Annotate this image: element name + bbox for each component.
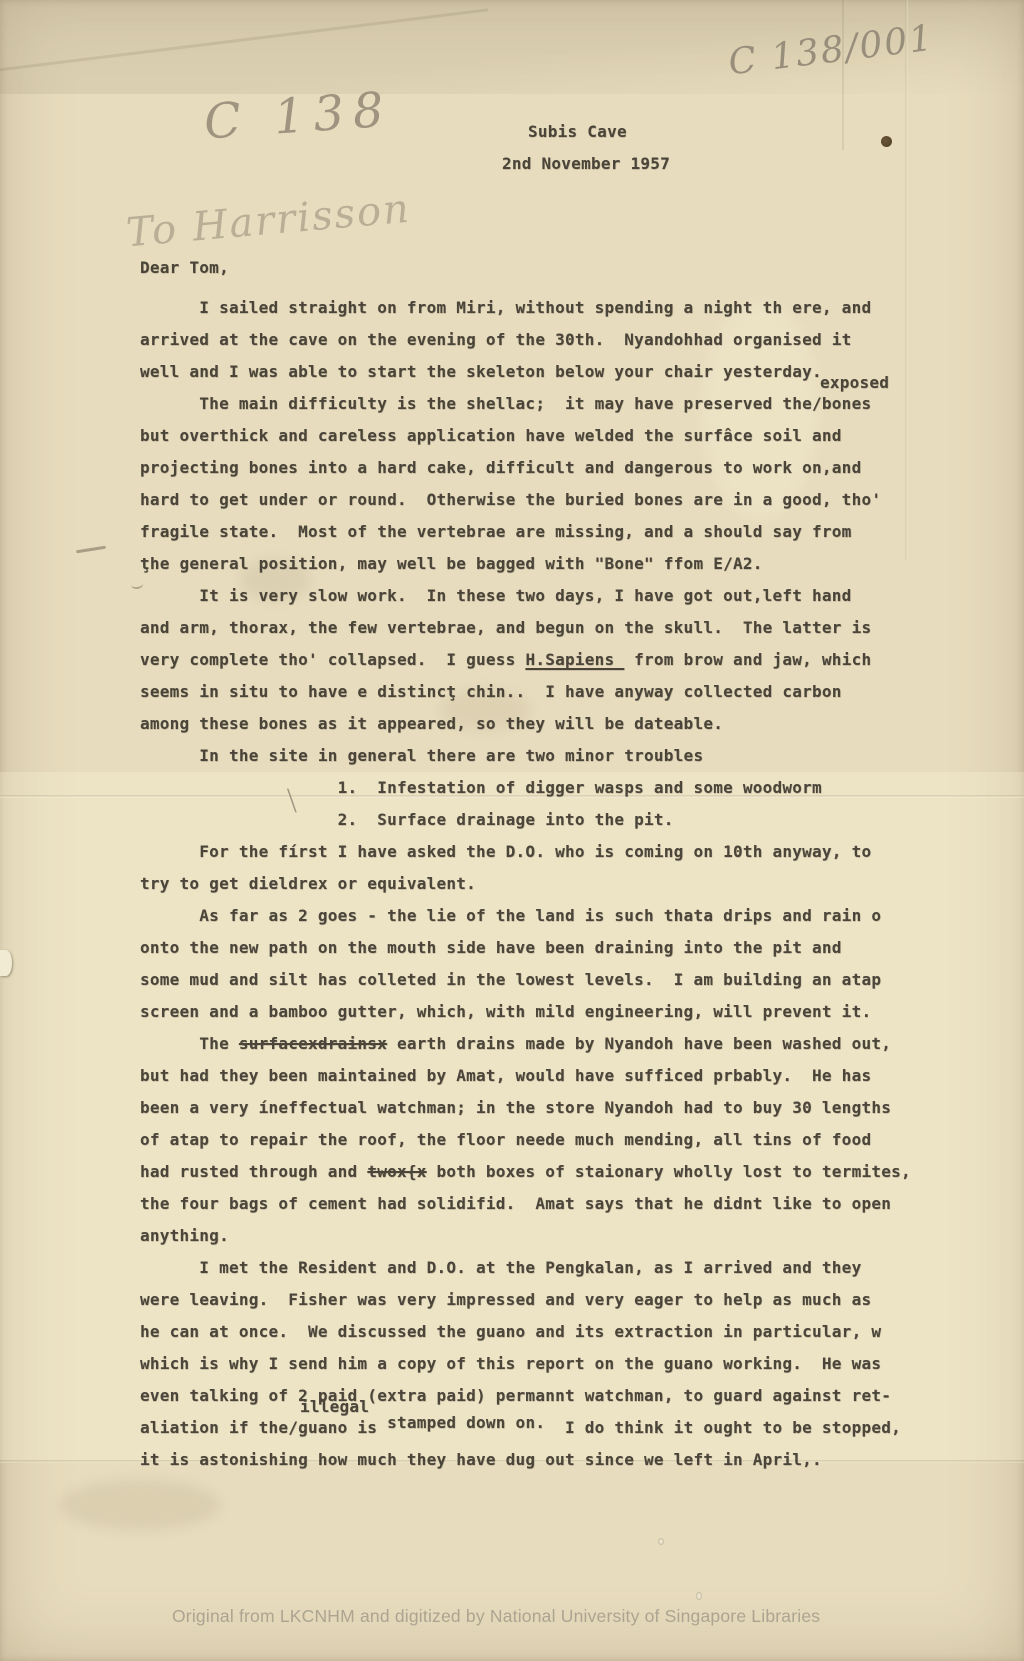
letter-line: among these bones as it appeared, so the…	[140, 708, 1010, 740]
letter-line: had rusted through and twox{x both boxes…	[140, 1156, 1010, 1188]
line-segment: ţhe general position, may well be bagged…	[140, 554, 763, 573]
line-segment: I sailed straight on from Miri, without …	[140, 298, 871, 317]
letter-line: were leaving. Fisher was very impressed …	[140, 1284, 1010, 1316]
letter-page: C 138/001 C 138 To Harrisson ╲ Subis Cav…	[0, 0, 1024, 1661]
line-segment: and arm, thorax, the few vertebrae, and …	[140, 618, 871, 637]
line-segment: among these bones as it appeared, so the…	[140, 714, 723, 733]
letter-line: but had they been maintained by Amat, wo…	[140, 1060, 1010, 1092]
line-segment: of atap to repair the roof, the floor ne…	[140, 1130, 871, 1149]
paper-speck	[696, 1592, 702, 1600]
letter-line: The surfacexdrainsx earth drains made by…	[140, 1028, 1010, 1060]
line-segment: had rusted through and	[140, 1162, 367, 1181]
letter-line: I sailed straight on from Miri, without …	[140, 292, 1010, 324]
letter-line: of atap to repair the roof, the floor ne…	[140, 1124, 1010, 1156]
letter-line: some mud and silt has colleted in the lo…	[140, 964, 1010, 996]
line-segment: screen and a bamboo gutter, which, with …	[140, 1002, 871, 1021]
paper-edge-nick	[0, 950, 12, 976]
letter-body: I sailed straight on from Miri, without …	[140, 292, 1010, 1476]
line-segment: but had they been maintained by Amat, wo…	[140, 1066, 871, 1085]
line-segment: fragile state. Most of the vertebrae are…	[140, 522, 852, 541]
letter-line: I met the Resident and D.O. at the Pengk…	[140, 1252, 1010, 1284]
letter-line: For the fírst I have asked the D.O. who …	[140, 836, 1010, 868]
paper-speck	[658, 1538, 664, 1545]
letter-line: ţhe general position, may well be bagged…	[140, 548, 1010, 580]
vertical-crease-short	[842, 0, 844, 150]
line-segment: hard to get under or round. Otherwise th…	[140, 490, 881, 509]
letter-line: the four bags of cement had solidifid. A…	[140, 1188, 1010, 1220]
line-segment: which is why I send him a copy of this r…	[140, 1354, 881, 1373]
line-segment: earth drains made by Nyandoh have been w…	[387, 1034, 891, 1053]
line-segment: projecting bones into a hard cake, diffi…	[140, 458, 861, 477]
letter-line: seems in situ to have e distincţ chin.. …	[140, 676, 1010, 708]
line-segment: he can at once. We discussed the guano a…	[140, 1322, 881, 1341]
line-segment: well and I was able to start the skeleto…	[140, 362, 822, 381]
line-segment: been a very íneffectual watchman; in the…	[140, 1098, 891, 1117]
line-segment: aliation if the/guano is	[140, 1418, 387, 1437]
line-segment: the four bags of cement had solidifid. A…	[140, 1194, 891, 1213]
line-segment: surfacexdrainsx	[239, 1034, 387, 1053]
interline-insertion: illegal	[300, 1399, 369, 1415]
letter-line: illegalaliation if the/guano is stamped …	[140, 1412, 1010, 1444]
line-segment: The	[140, 1034, 239, 1053]
letter-line: try to get dieldrex or equivalent.	[140, 868, 1010, 900]
ink-spot	[881, 136, 892, 147]
line-segment: 1. Infestation of digger wasps and some …	[140, 778, 822, 797]
archive-number-left: C 138	[202, 81, 394, 150]
line-segment: anything.	[140, 1226, 229, 1245]
line-segment: The main difficulty is the shellac; it m…	[140, 394, 871, 413]
line-segment: but overthick and careless application h…	[140, 426, 842, 445]
letter-line: The main difficulty is the shellac; it m…	[140, 388, 1010, 420]
line-segment: from brow and jaw, which	[624, 650, 871, 669]
letter-line: projecting bones into a hard cake, diffi…	[140, 452, 1010, 484]
line-segment: both boxes of staionary wholly lost to t…	[427, 1162, 911, 1181]
line-segment: some mud and silt has colleted in the lo…	[140, 970, 881, 989]
line-segment: I do think it ought to be stopped,	[545, 1418, 901, 1437]
line-segment: twox{x	[367, 1162, 426, 1181]
letter-line: even talking of 2 paid (extra paid) perm…	[140, 1380, 1010, 1412]
letter-line: screen and a bamboo gutter, which, with …	[140, 996, 1010, 1028]
letter-line: he can at once. We discussed the guano a…	[140, 1316, 1010, 1348]
interline-insertion: exposed	[820, 375, 889, 391]
line-segment: H.Sapiens	[525, 650, 624, 669]
line-segment: even talking of 2 paid (extra paid) perm…	[140, 1386, 891, 1405]
line-segment: In the site in general there are two min…	[140, 746, 703, 765]
digitization-watermark: Original from LKCNHM and digitized by Na…	[172, 1606, 812, 1627]
line-segment: were leaving. Fisher was very impressed …	[140, 1290, 871, 1309]
letter-line: 2. Surface drainage into the pit.	[140, 804, 1010, 836]
paper-stain	[60, 1480, 220, 1530]
letter-line: and arm, thorax, the few vertebrae, and …	[140, 612, 1010, 644]
letter-line: but overthick and careless application h…	[140, 420, 1010, 452]
letter-line: anything.	[140, 1220, 1010, 1252]
letter-line: very complete tho' collapsed. I guess H.…	[140, 644, 1010, 676]
line-segment: arrived at the cave on the evening of th…	[140, 330, 852, 349]
letter-line: 1. Infestation of digger wasps and some …	[140, 772, 1010, 804]
line-segment: very complete tho' collapsed. I guess	[140, 650, 525, 669]
letter-line: It is very slow work. In these two days,…	[140, 580, 1010, 612]
letter-line: arrived at the cave on the evening of th…	[140, 324, 1010, 356]
letter-line: been a very íneffectual watchman; in the…	[140, 1092, 1010, 1124]
line-segment: onto the new path on the mouth side have…	[140, 938, 842, 957]
line-segment: it is astonishing how much they have dug…	[140, 1450, 822, 1469]
letter-line: In the site in general there are two min…	[140, 740, 1010, 772]
letter-line: which is why I send him a copy of this r…	[140, 1348, 1010, 1380]
line-segment: stamped down on.	[387, 1413, 545, 1432]
pencil-margin-dash	[76, 546, 106, 554]
letter-place: Subis Cave	[528, 122, 627, 141]
letter-date: 2nd November 1957	[502, 154, 670, 173]
line-segment: It is very slow work. In these two days,…	[140, 586, 852, 605]
letter-line: onto the new path on the mouth side have…	[140, 932, 1010, 964]
line-segment: try to get dieldrex or equivalent.	[140, 874, 476, 893]
line-segment: 2. Surface drainage into the pit.	[140, 810, 674, 829]
line-segment: For the fírst I have asked the D.O. who …	[140, 842, 871, 861]
line-segment: I met the Resident and D.O. at the Pengk…	[140, 1258, 861, 1277]
line-segment: As far as 2 goes - the lie of the land i…	[140, 906, 881, 925]
line-segment: seems in situ to have e distincţ chin.. …	[140, 682, 842, 701]
addressee-pencil-note: To Harrisson	[125, 186, 413, 257]
salutation: Dear Tom,	[140, 258, 229, 277]
letter-line: it is astonishing how much they have dug…	[140, 1444, 1010, 1476]
letter-line: fragile state. Most of the vertebrae are…	[140, 516, 1010, 548]
letter-line: As far as 2 goes - the lie of the land i…	[140, 900, 1010, 932]
letter-line: hard to get under or round. Otherwise th…	[140, 484, 1010, 516]
